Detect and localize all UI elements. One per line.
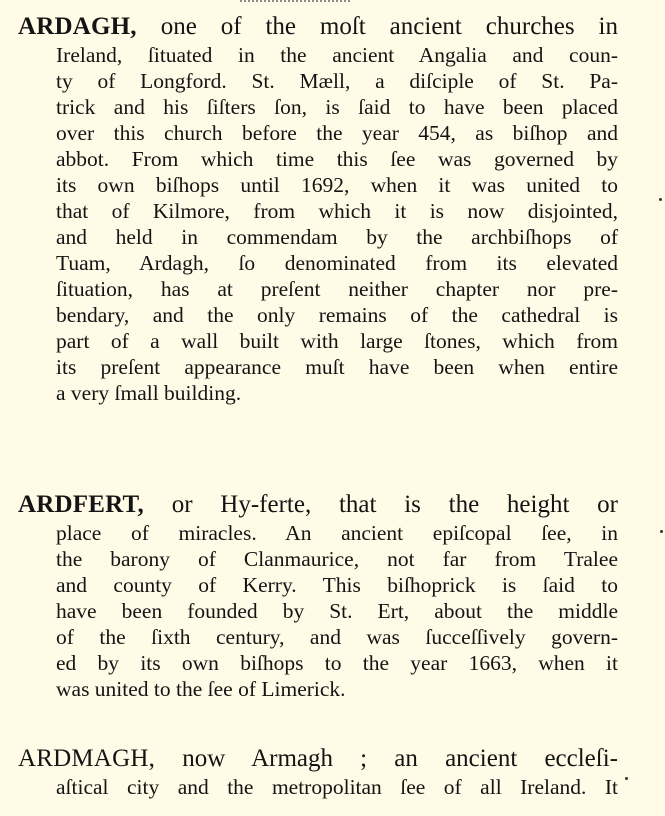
headword: ARDFERT, bbox=[18, 491, 144, 518]
scanned-page: ARDAGH, one of the moſt ancient churches… bbox=[0, 0, 665, 816]
entry-first-line: ARDAGH, one of the moſt ancient churches… bbox=[18, 12, 618, 42]
entry-line: over this church before the year 454, as… bbox=[18, 120, 618, 146]
entry-line: aſtical city and the metropolitan ſee of… bbox=[18, 774, 618, 800]
entry-line: and held in commendam by the archbiſhops… bbox=[18, 224, 618, 250]
entry-text: now Armagh ; an ancient eccleſi- bbox=[155, 745, 618, 772]
scan-speck bbox=[660, 530, 663, 533]
entry-line: trick and his ſiſters ſon, is ſaid to ha… bbox=[18, 94, 618, 120]
cropped-previous-line bbox=[240, 0, 350, 5]
entry-ardmagh: ARDMAGH, now Armagh ; an ancient eccleſi… bbox=[18, 744, 618, 800]
entry-line: that of Kilmore, from which it is now di… bbox=[18, 198, 618, 224]
entry-first-line: ARDMAGH, now Armagh ; an ancient eccleſi… bbox=[18, 744, 618, 774]
entry-line: part of a wall built with large ſtones, … bbox=[18, 328, 618, 354]
entry-line: place of miracles. An ancient epiſcopal … bbox=[18, 520, 618, 546]
entry-line: bendary, and the only remains of the cat… bbox=[18, 302, 618, 328]
entry-ardfert: ARDFERT, or Hy-ferte, that is the height… bbox=[18, 490, 618, 702]
entry-line: was united to the ſee of Limerick. bbox=[18, 676, 618, 702]
entry-ardagh: ARDAGH, one of the moſt ancient churches… bbox=[18, 12, 618, 406]
scan-speck bbox=[659, 198, 662, 201]
entry-text: one of the moſt ancient churches in bbox=[137, 13, 618, 40]
entry-line: and county of Kerry. This biſhoprick is … bbox=[18, 572, 618, 598]
headword: ARDMAGH, bbox=[18, 745, 155, 772]
entry-first-line: ARDFERT, or Hy-ferte, that is the height… bbox=[18, 490, 618, 520]
scan-speck bbox=[625, 777, 628, 780]
entry-line: of the ſixth century, and was ſucceſſive… bbox=[18, 624, 618, 650]
headword: ARDAGH, bbox=[18, 13, 137, 40]
entry-line: have been founded by St. Ert, about the … bbox=[18, 598, 618, 624]
entry-text: or Hy-ferte, that is the height or bbox=[144, 491, 618, 518]
entry-line: Ireland, ſituated in the ancient Angalia… bbox=[18, 42, 618, 68]
entry-line: ty of Longford. St. Mæll, a diſciple of … bbox=[18, 68, 618, 94]
entry-line: its preſent appearance muſt have been wh… bbox=[18, 354, 618, 380]
entry-line: ed by its own biſhops to the year 1663, … bbox=[18, 650, 618, 676]
entry-line: its own biſhops until 1692, when it was … bbox=[18, 172, 618, 198]
entry-line: abbot. From which time this ſee was gove… bbox=[18, 146, 618, 172]
entry-line: a very ſmall building. bbox=[18, 380, 618, 406]
entry-line: Tuam, Ardagh, ſo denominated from its el… bbox=[18, 250, 618, 276]
entry-line: ſituation, has at preſent neither chapte… bbox=[18, 276, 618, 302]
entry-line: the barony of Clanmaurice, not far from … bbox=[18, 546, 618, 572]
